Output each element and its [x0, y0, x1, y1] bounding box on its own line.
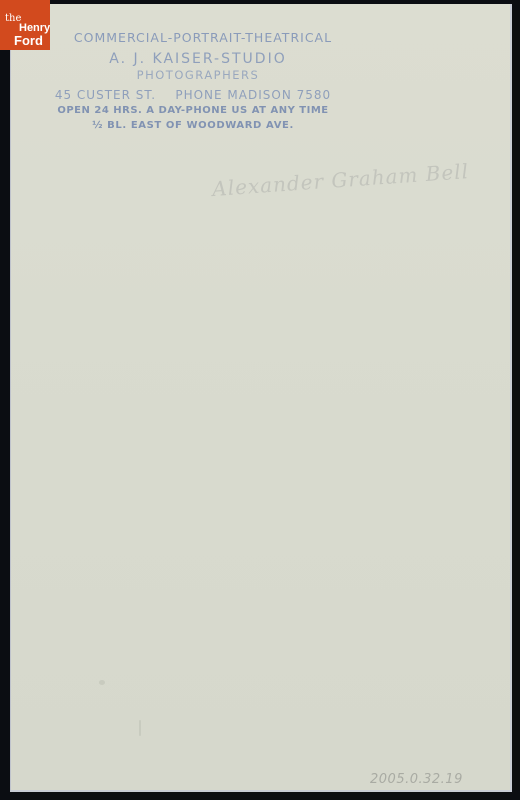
smudge — [99, 680, 105, 685]
henry-ford-logo: the Henry Ford — [0, 0, 50, 50]
stamp-line-location: ½ BL. EAST OF WOODWARD AVE. — [33, 121, 353, 131]
photo-card-back: COMMERCIAL-PORTRAIT-THEATRICAL A. J. KAI… — [10, 4, 512, 792]
smudge — [139, 720, 141, 736]
stamp-line-services: COMMERCIAL-PORTRAIT-THEATRICAL — [33, 32, 353, 45]
stamp-line-photographers: PHOTOGRAPHERS — [33, 70, 353, 82]
stamp-line-hours: OPEN 24 HRS. A DAY-PHONE US AT ANY TIME — [33, 106, 353, 116]
stamp-line-address-phone: 45 CUSTER ST. PHONE MADISON 7580 — [33, 89, 353, 101]
accession-number: 2005.0.32.19 — [370, 772, 463, 787]
studio-stamp: COMMERCIAL-PORTRAIT-THEATRICAL A. J. KAI… — [33, 32, 353, 131]
logo-text-ford: Ford — [14, 34, 43, 47]
stamp-line-studio-name: A. J. KAISER-STUDIO — [33, 52, 353, 66]
